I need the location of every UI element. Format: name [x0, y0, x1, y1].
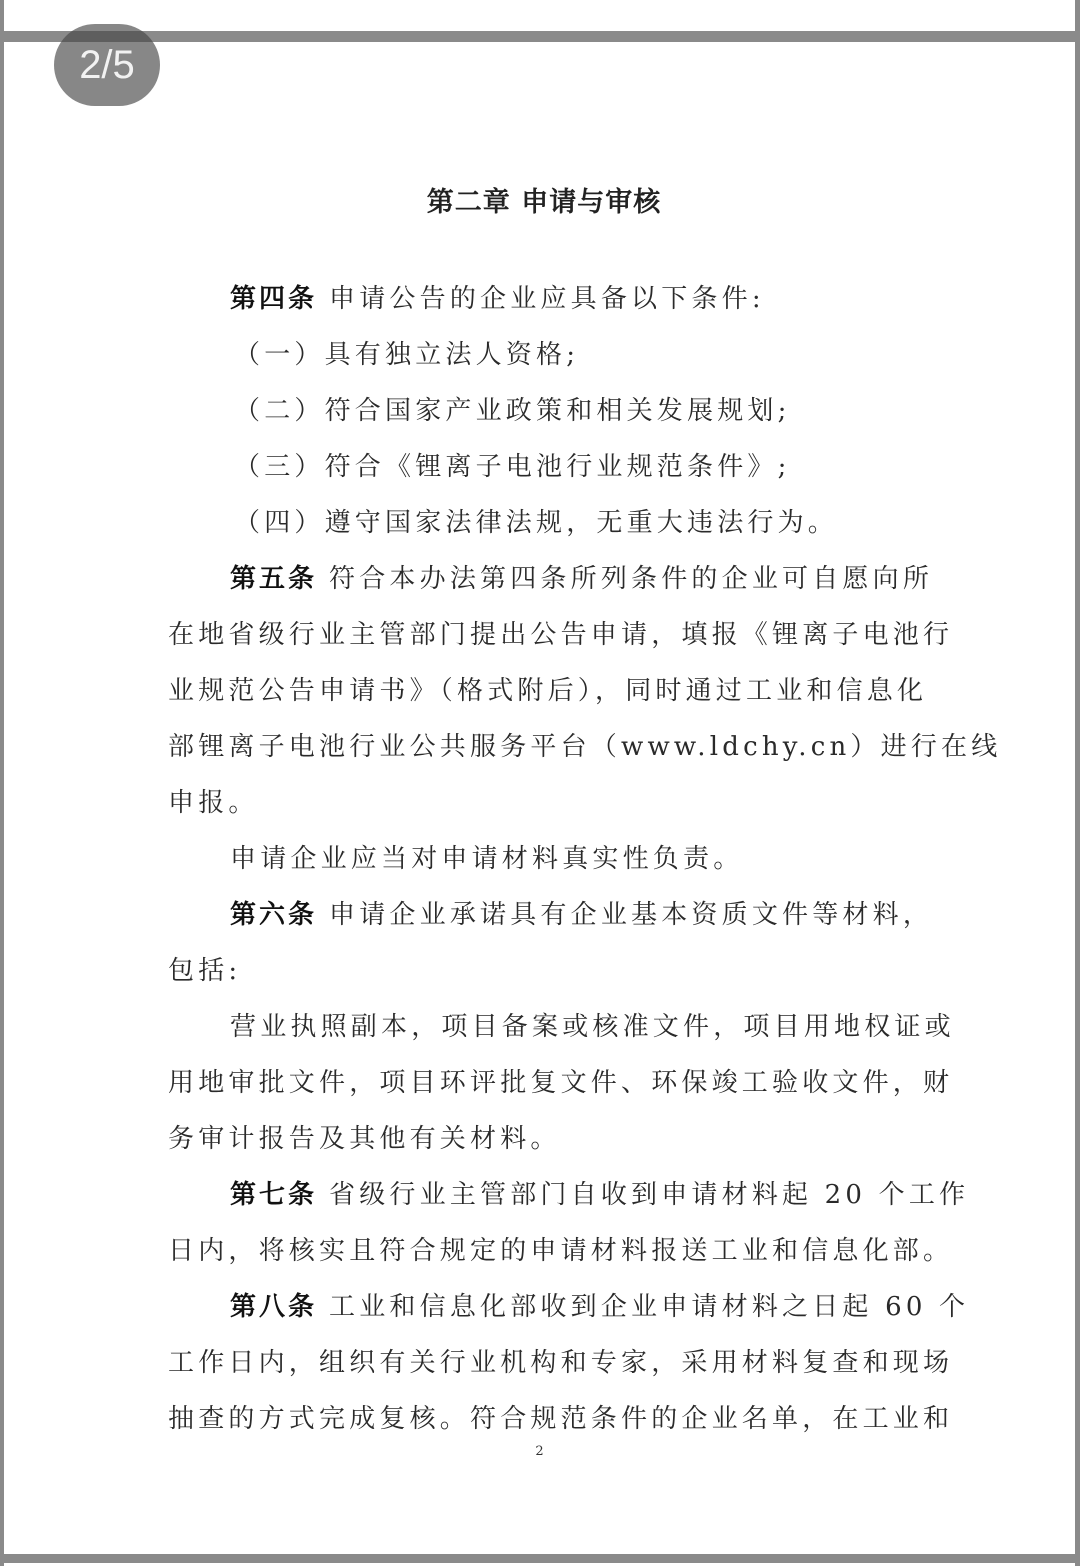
article-number: 第四条 — [230, 284, 317, 314]
line-text: 申请公告的企业应具备以下条件: — [329, 284, 765, 314]
line-text: 业规范公告申请书》（格式附后），同时通过工业和信息化 — [168, 676, 927, 706]
article-5-line: 第五条符合本办法第四条所列条件的企业可自愿向所 — [230, 562, 920, 596]
line-text: 工作日内，组织有关行业机构和专家，采用材料复查和现场 — [168, 1348, 953, 1378]
document-page: 第二章 申请与审核 第四条申请公告的企业应具备以下条件: （一）具有独立法人资格… — [4, 42, 1075, 1554]
line-text: 省级行业主管部门自收到申请材料起 20 个工作 — [329, 1180, 969, 1210]
line-text: （三）符合《锂离子电池行业规范条件》; — [234, 452, 791, 482]
line-text: 工业和信息化部收到企业申请材料之日起 60 个 — [329, 1292, 969, 1322]
paragraph-line: 在地省级行业主管部门提出公告申请，填报《锂离子电池行 — [168, 618, 920, 652]
paragraph-line: 部锂离子电池行业公共服务平台（www.ldchy.cn）进行在线 — [168, 730, 920, 764]
paragraph-line: 业规范公告申请书》（格式附后），同时通过工业和信息化 — [168, 674, 920, 708]
line-text: 申请企业承诺具有企业基本资质文件等材料， — [329, 900, 933, 930]
line-text: （四）遵守国家法律法规，无重大违法行为。 — [234, 508, 838, 538]
line-text: 包括: — [168, 956, 241, 986]
article-number: 第八条 — [230, 1292, 317, 1322]
paragraph-line: 申请企业应当对申请材料真实性负责。 — [230, 842, 920, 876]
paragraph-line: 用地审批文件，项目环评批复文件、环保竣工验收文件，财 — [168, 1066, 920, 1100]
paragraph-line: 包括: — [168, 954, 920, 988]
paragraph-line: 申报。 — [168, 786, 920, 820]
article-7-line: 第七条省级行业主管部门自收到申请材料起 20 个工作 — [230, 1178, 920, 1212]
line-text: 日内，将核实且符合规定的申请材料报送工业和信息化部。 — [168, 1236, 953, 1266]
article-6-line: 第六条申请企业承诺具有企业基本资质文件等材料， — [230, 898, 920, 932]
paragraph-line: 工作日内，组织有关行业机构和专家，采用材料复查和现场 — [168, 1346, 920, 1380]
line-text: 营业执照副本，项目备案或核准文件，项目用地权证或 — [230, 1012, 955, 1042]
previous-page-bottom — [4, 0, 1075, 31]
article-number: 第五条 — [230, 564, 317, 594]
condition-item-2: （二）符合国家产业政策和相关发展规划; — [234, 394, 920, 428]
article-number: 第六条 — [230, 900, 317, 930]
line-text: 用地审批文件，项目环评批复文件、环保竣工验收文件，财 — [168, 1068, 953, 1098]
line-text: 部锂离子电池行业公共服务平台（www.ldchy.cn）进行在线 — [168, 732, 1001, 762]
article-number: 第七条 — [230, 1180, 317, 1210]
condition-item-1: （一）具有独立法人资格; — [234, 338, 920, 372]
condition-item-4: （四）遵守国家法律法规，无重大违法行为。 — [234, 506, 920, 540]
paragraph-line: 抽查的方式完成复核。符合规范条件的企业名单，在工业和 — [168, 1402, 920, 1436]
line-text: 务审计报告及其他有关材料。 — [168, 1124, 561, 1154]
paragraph-line: 营业执照副本，项目备案或核准文件，项目用地权证或 — [230, 1010, 920, 1044]
line-text: 申请企业应当对申请材料真实性负责。 — [230, 844, 743, 874]
line-text: （一）具有独立法人资格; — [234, 340, 579, 370]
paragraph-line: 日内，将核实且符合规定的申请材料报送工业和信息化部。 — [168, 1234, 920, 1268]
line-text: 在地省级行业主管部门提出公告申请，填报《锂离子电池行 — [168, 620, 953, 650]
line-text: （二）符合国家产业政策和相关发展规划; — [234, 396, 791, 426]
page-indicator-badge: 2/5 — [54, 24, 160, 106]
chapter-title: 第二章 申请与审核 — [168, 180, 920, 219]
article-8-line: 第八条工业和信息化部收到企业申请材料之日起 60 个 — [230, 1290, 920, 1324]
line-text: 申报。 — [168, 788, 259, 818]
article-4-line: 第四条申请公告的企业应具备以下条件: — [230, 282, 920, 316]
condition-item-3: （三）符合《锂离子电池行业规范条件》; — [234, 450, 920, 484]
line-text: 抽查的方式完成复核。符合规范条件的企业名单，在工业和 — [168, 1404, 953, 1434]
paragraph-line: 务审计报告及其他有关材料。 — [168, 1122, 920, 1156]
line-text: 符合本办法第四条所列条件的企业可自愿向所 — [329, 564, 933, 594]
page-number: 2 — [4, 1444, 1075, 1459]
